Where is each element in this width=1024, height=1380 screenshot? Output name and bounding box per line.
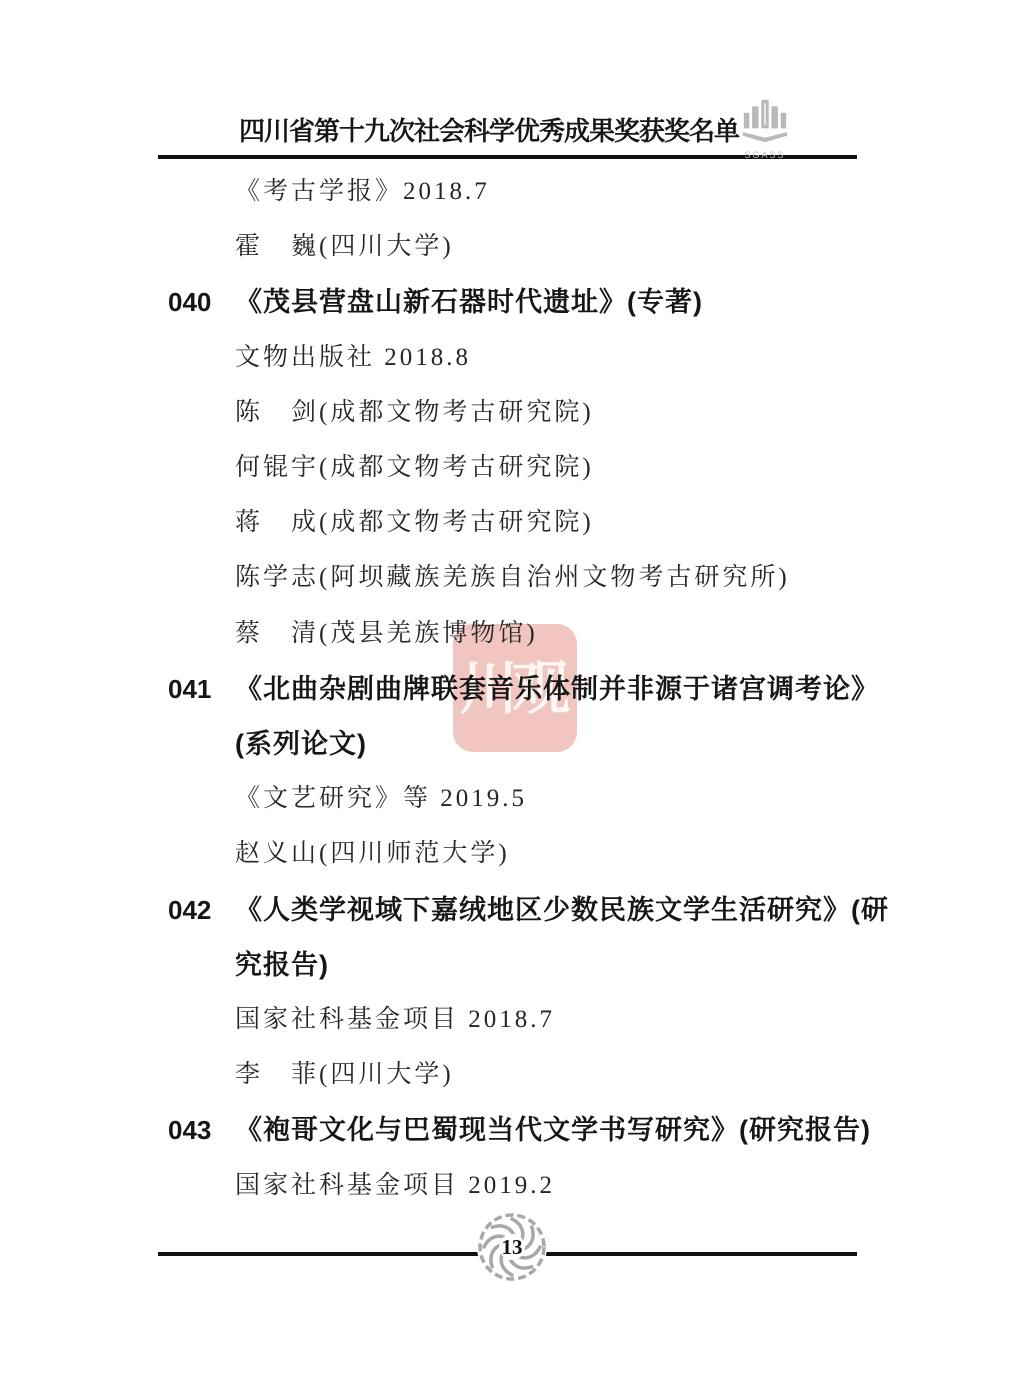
building-book-icon [736,97,794,145]
page-number: 13 [476,1211,548,1283]
entry-detail-row: 蒋 成(成都文物考古研究院) [0,495,1024,551]
entry-number: 042 [168,882,211,938]
entry-text: (系列论文) [235,716,367,772]
entry-detail-row: 赵义山(四川师范大学) [0,826,1024,882]
entry-detail-row: 文物出版社 2018.8 [0,330,1024,386]
entry-detail-row: 霍 巍(四川大学) [0,219,1024,275]
entry-detail-row: 国家社科基金项目 2019.2 [0,1158,1024,1214]
entry-detail-row: 陈学志(阿坝藏族羌族自治州文物考古研究所) [0,550,1024,606]
entry-detail-row: 陈 剑(成都文物考古研究院) [0,385,1024,441]
entry-detail-row: 李 菲(四川大学) [0,1047,1024,1103]
document-page: 四川省第十九次社会科学优秀成果奖获奖名单 SGASS 川观 《考古学报》2018… [0,0,1024,1380]
entry-title-row: (系列论文) [0,716,1024,772]
phoenix-swirl-emblem: 13 [476,1211,548,1283]
entry-text: 陈学志(阿坝藏族羌族自治州文物考古研究所) [235,550,790,606]
entry-text: 李 菲(四川大学) [235,1047,454,1103]
entry-title-row: 041《北曲杂剧曲牌联套音乐体制并非源于诸宫调考论》 [0,661,1024,717]
entry-text: 究报告) [235,937,329,993]
entry-detail-row: 国家社科基金项目 2018.7 [0,992,1024,1048]
entry-detail-row: 何锟宇(成都文物考古研究院) [0,440,1024,496]
entry-text: 赵义山(四川师范大学) [235,826,510,882]
entry-text: 《人类学视域下嘉绒地区少数民族文学生活研究》(研 [235,882,889,938]
entry-text: 国家社科基金项目 2019.2 [235,1158,555,1214]
entry-text: 何锟宇(成都文物考古研究院) [235,440,594,496]
entry-title-row: 040《茂县营盘山新石器时代遗址》(专著) [0,274,1024,330]
sgass-logo: SGASS [733,97,797,160]
entry-text: 陈 剑(成都文物考古研究院) [235,385,594,441]
entry-number: 041 [168,661,211,717]
entry-number: 043 [168,1102,211,1158]
entry-title-row: 究报告) [0,937,1024,993]
entry-title-row: 042《人类学视域下嘉绒地区少数民族文学生活研究》(研 [0,882,1024,938]
entry-text: 霍 巍(四川大学) [235,219,454,275]
page-header-title: 四川省第十九次社会科学优秀成果奖获奖名单 [239,111,739,148]
entry-text: 《考古学报》2018.7 [235,164,490,220]
entry-text: 文物出版社 2018.8 [235,330,471,386]
entry-detail-row: 《考古学报》2018.7 [0,164,1024,220]
entry-text: 国家社科基金项目 2018.7 [235,992,555,1048]
entry-text: 《袍哥文化与巴蜀现当代文学书写研究》(研究报告) [235,1102,871,1158]
entry-detail-row: 蔡 清(茂县羌族博物馆) [0,606,1024,662]
entry-text: 蒋 成(成都文物考古研究院) [235,495,594,551]
entry-text: 《北曲杂剧曲牌联套音乐体制并非源于诸宫调考论》 [235,661,879,717]
entry-text: 蔡 清(茂县羌族博物馆) [235,606,538,662]
entry-text: 《文艺研究》等 2019.5 [235,771,527,827]
sgass-logo-label: SGASS [733,150,797,160]
entry-number: 040 [168,274,211,330]
entry-text: 《茂县营盘山新石器时代遗址》(专著) [235,274,703,330]
entry-title-row: 043《袍哥文化与巴蜀现当代文学书写研究》(研究报告) [0,1102,1024,1158]
entry-detail-row: 《文艺研究》等 2019.5 [0,771,1024,827]
